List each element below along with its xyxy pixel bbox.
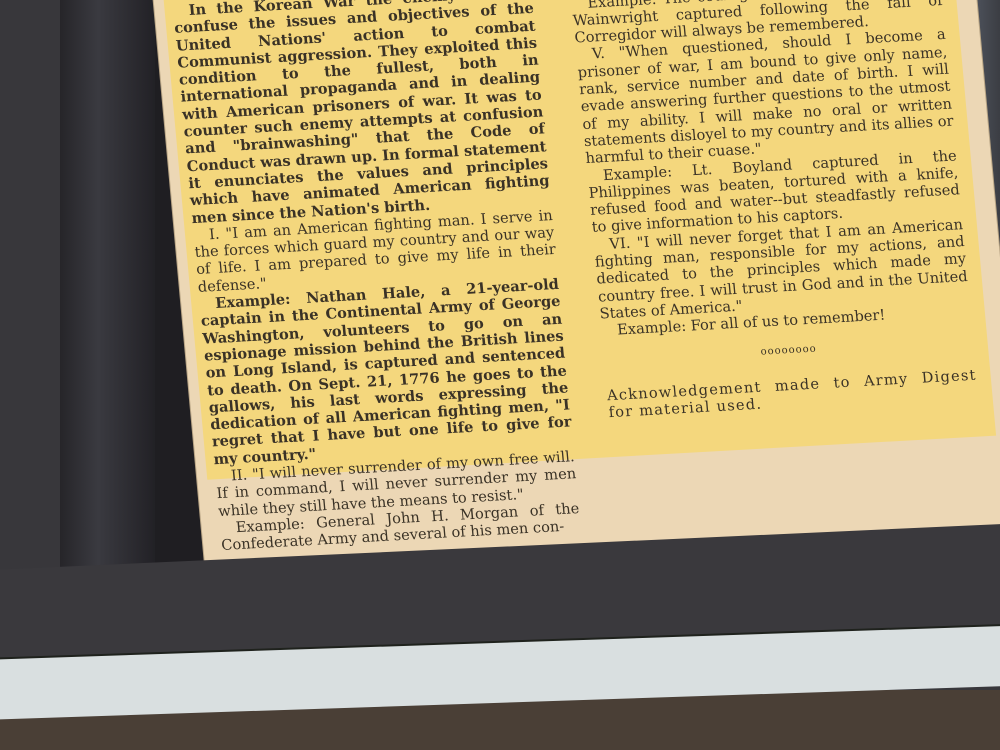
right-column: lawful orders of those appointed over me… [568, 0, 979, 422]
glass-reflection [60, 0, 155, 590]
example-nathan-hale: Example: Nathan Hale, a 21-year-old capt… [199, 276, 574, 468]
intro-paragraph: In the Korean War the enemy tried to con… [172, 0, 552, 227]
clipping-highlight: In the Korean War the enemy tried to con… [162, 0, 996, 480]
article-V: V. "When questioned, should I become a p… [575, 26, 955, 167]
left-column: In the Korean War the enemy tried to con… [172, 0, 582, 554]
newspaper-clipping: In the Korean War the enemy tried to con… [152, 0, 1000, 580]
separator-dots: oooooooo [603, 331, 974, 369]
acknowledgement: Acknowledgement made to Army Digest for … [606, 366, 979, 421]
